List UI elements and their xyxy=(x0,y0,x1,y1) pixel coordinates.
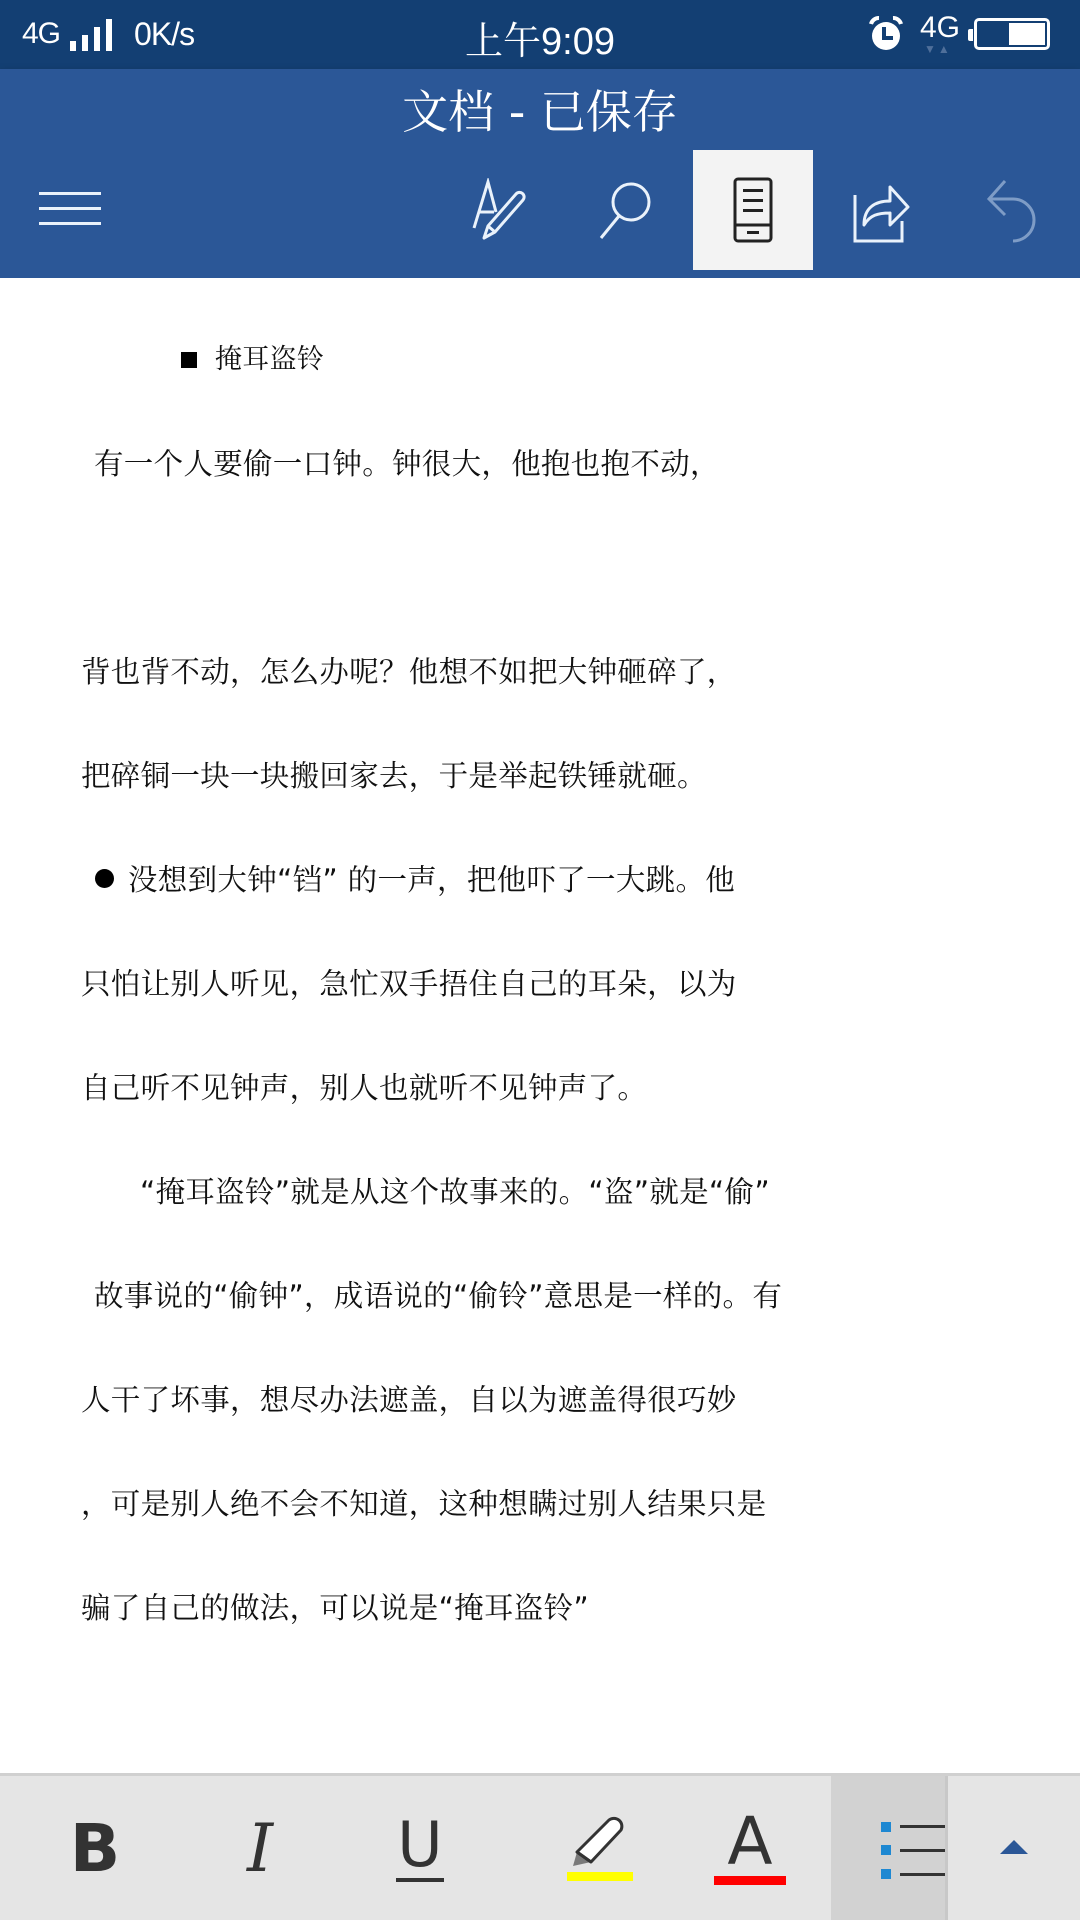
font-color-button[interactable]: A xyxy=(685,1776,815,1920)
text-edit-pencil-icon xyxy=(470,178,530,242)
document-title: 文档 - 已保存 xyxy=(0,77,1080,147)
undo-icon xyxy=(985,177,1037,243)
underline-icon-bar xyxy=(396,1878,444,1882)
mobile-view-button[interactable] xyxy=(693,150,813,270)
data-activity-icon: ▼▲ xyxy=(924,43,952,55)
share-icon xyxy=(852,177,912,243)
app-header: 文档 - 已保存 xyxy=(0,69,1080,278)
document-heading: 掩耳盗铃 xyxy=(181,340,324,380)
underline-icon: U xyxy=(396,1814,444,1882)
underline-icon-letter: U xyxy=(397,1814,442,1876)
round-bullet-icon xyxy=(95,869,114,888)
paragraph-line: 故事说的“偷钟”，成语说的“偷铃”意思是一样的。有 xyxy=(94,1276,782,1316)
paragraph-line: ，可是别人绝不会不知道，这种想瞒过别人结果只是 xyxy=(81,1484,766,1524)
search-button[interactable] xyxy=(565,150,685,270)
share-button[interactable] xyxy=(822,150,942,270)
bold-button[interactable]: B xyxy=(30,1776,160,1920)
paragraph-line: “掩耳盗铃”就是从这个故事来的。“盗”就是“偷” xyxy=(140,1172,770,1212)
undo-button[interactable] xyxy=(951,150,1071,270)
bullet-list-icon xyxy=(831,1816,945,1880)
paragraph-line: 自己听不见钟声，别人也就听不见钟声了。 xyxy=(81,1068,647,1108)
underline-button[interactable]: U xyxy=(355,1776,485,1920)
hamburger-menu-icon xyxy=(39,192,101,228)
font-color-icon-letter: A xyxy=(727,1812,772,1872)
battery-level xyxy=(1009,23,1045,45)
edit-button[interactable] xyxy=(440,150,560,270)
status-right: 4G ▼▲ xyxy=(866,12,1050,56)
paragraph-line: 只怕让别人听见，急忙双手捂住自己的耳朵，以为 xyxy=(81,964,737,1004)
expand-toolbar-button[interactable] xyxy=(948,1776,1080,1920)
bold-icon: B xyxy=(70,1810,120,1887)
caret-up-icon xyxy=(1000,1840,1028,1856)
paragraph-line: 有一个人要偷一口钟。钟很大，他抱也抱不动， xyxy=(94,444,720,484)
status-bar: 4G 0K/s 上午9:09 4G ▼▲ xyxy=(0,0,1080,69)
bulleted-line-text: 没想到大钟“铛” 的一声，把他吓了一大跳。他 xyxy=(128,863,735,897)
paragraph-line: 骗了自己的做法，可以说是“掩耳盗铃” xyxy=(81,1588,589,1628)
square-bullet-icon xyxy=(181,352,197,368)
paragraph-line: 把碎铜一块一块搬回家去，于是举起铁锤就砸。 xyxy=(81,756,707,796)
format-toolbar: B I U A xyxy=(0,1773,1080,1920)
mobile-view-icon xyxy=(733,177,773,243)
search-icon xyxy=(597,180,653,240)
highlighter-icon xyxy=(557,1812,633,1884)
paragraph-line: 人干了坏事，想尽办法遮盖，自以为遮盖得很巧妙 xyxy=(81,1380,737,1420)
heading-text: 掩耳盗铃 xyxy=(215,340,324,380)
network-type-right: 4G ▼▲ xyxy=(920,13,960,43)
font-color-icon: A xyxy=(714,1812,786,1885)
alarm-icon xyxy=(866,14,906,54)
font-color-swatch xyxy=(714,1876,786,1885)
paragraph-line: 背也背不动，怎么办呢？他想不如把大钟砸碎了， xyxy=(81,652,737,692)
bulleted-line: 没想到大钟“铛” 的一声，把他吓了一大跳。他 xyxy=(95,860,735,900)
menu-button[interactable] xyxy=(10,150,130,270)
italic-icon: I xyxy=(247,1810,273,1887)
highlight-button[interactable] xyxy=(530,1776,660,1920)
bullet-list-button[interactable] xyxy=(831,1776,945,1920)
italic-button[interactable]: I xyxy=(195,1776,325,1920)
network-type-right-label: 4G xyxy=(920,11,960,44)
document-canvas[interactable]: 掩耳盗铃 有一个人要偷一口钟。钟很大，他抱也抱不动， 背也背不动，怎么办呢？他想… xyxy=(0,278,1080,1773)
battery-icon xyxy=(974,18,1050,50)
